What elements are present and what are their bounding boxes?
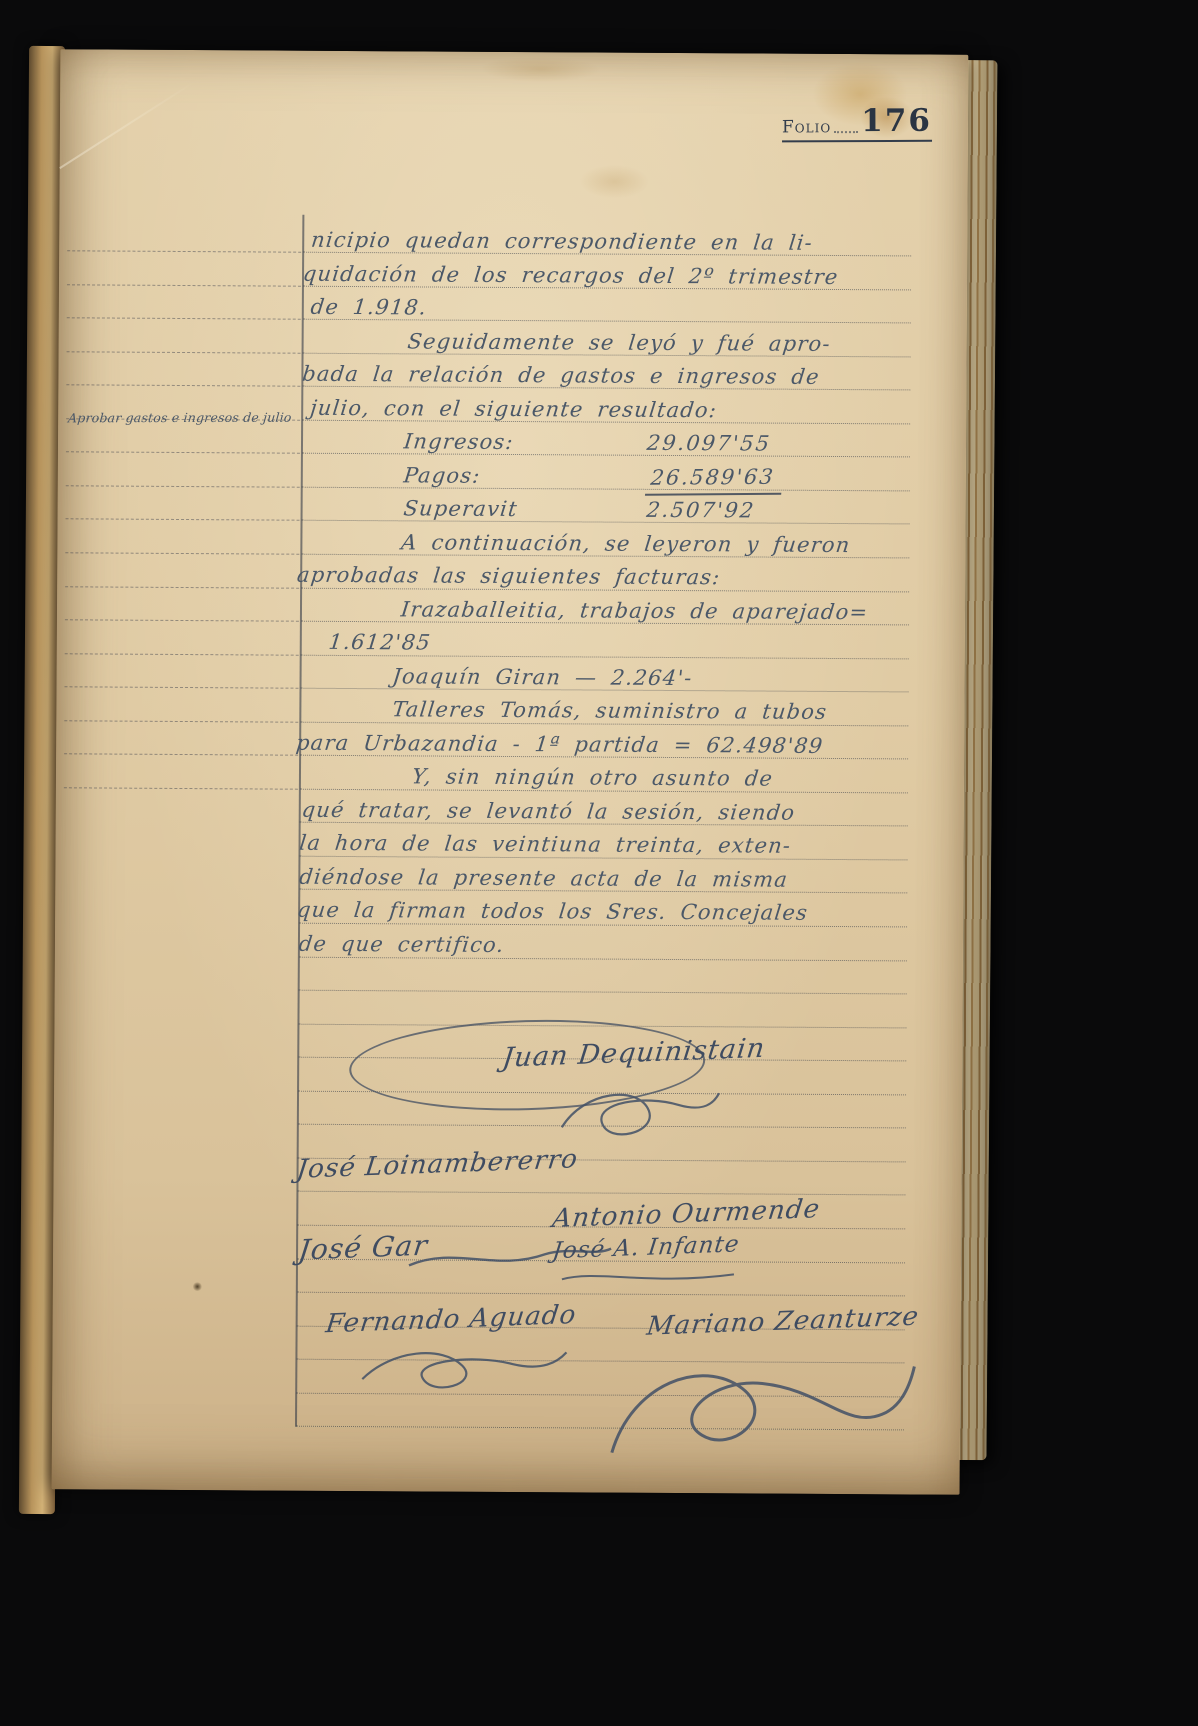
ledger-line-pagos: Pagos: 26.589'63 bbox=[300, 460, 919, 494]
manuscript-line: A continuación, se leyeron y fueron bbox=[400, 527, 1019, 561]
margin-rule-line bbox=[64, 720, 298, 722]
pagos-label: Pagos: bbox=[402, 463, 482, 487]
manuscript-line: aprobadas las siguientes facturas: bbox=[296, 560, 915, 594]
manuscript-line: qué tratar, se levantó la sesión, siendo bbox=[300, 795, 919, 829]
margin-rule-line bbox=[66, 485, 300, 487]
ledger-line-ingresos: Ingresos: 29.097'55 bbox=[300, 426, 919, 460]
margin-rule-line bbox=[67, 284, 301, 286]
folio-dotted-line bbox=[834, 127, 858, 133]
margin-rule-line bbox=[67, 351, 301, 353]
signature: José Gar bbox=[297, 1229, 430, 1267]
rule-line bbox=[296, 1426, 904, 1431]
superavit-label: Superavit bbox=[402, 496, 519, 521]
margin-note: Aprobar gastos e ingresos de julio bbox=[68, 410, 305, 426]
manuscript-line: julio, con el siguiente resultado: bbox=[309, 393, 928, 427]
manuscript-line: diéndose la presente acta de la misma bbox=[298, 862, 917, 896]
margin-rule-line bbox=[65, 686, 299, 688]
manuscript-line: Seguidamente se leyó y fué apro- bbox=[406, 326, 1025, 360]
manuscript-line: Y, sin ningún otro asunto de bbox=[410, 761, 1029, 795]
manuscript-line: de que certifico. bbox=[297, 929, 916, 963]
manuscript-line: Joaquín Giran — 2.264'- bbox=[391, 661, 1010, 695]
margin-rule-line bbox=[66, 452, 300, 454]
margin-rule-line bbox=[64, 787, 298, 789]
superavit-amount: 2.507'92 bbox=[645, 495, 757, 526]
margin-rule-line bbox=[66, 519, 300, 521]
margin-rule-line bbox=[66, 384, 300, 386]
stain bbox=[580, 164, 650, 198]
ledger-photo: Folio 176 Aprobar gastos e ingresos de j… bbox=[0, 0, 1198, 1726]
rule-line bbox=[297, 1292, 905, 1297]
manuscript-line: de 1.918. bbox=[309, 292, 928, 326]
margin-rule-line bbox=[67, 317, 301, 319]
manuscript-line: bada la relación de gastos e ingresos de bbox=[301, 359, 920, 393]
rule-line bbox=[296, 1392, 904, 1397]
stain bbox=[193, 1282, 202, 1291]
manuscript-page: Folio 176 Aprobar gastos e ingresos de j… bbox=[52, 49, 969, 1495]
manuscript-line: para Urbazandia - 1ª partida = 62.498'89 bbox=[295, 728, 914, 762]
ledger-line-superavit: Superavit 2.507'92 bbox=[300, 493, 919, 527]
folio-number-stamp: 176 bbox=[861, 108, 932, 136]
margin-rules bbox=[64, 250, 302, 831]
pagos-amount: 26.589'63 bbox=[645, 462, 784, 496]
rule-line bbox=[298, 1124, 906, 1129]
manuscript-line: Talleres Tomás, suministro a tubos bbox=[391, 694, 1010, 728]
ingresos-amount: 29.097'55 bbox=[645, 428, 772, 459]
paper-crease bbox=[59, 81, 195, 169]
margin-rule-line bbox=[65, 619, 299, 621]
manuscript-line: nicipio quedan correspondiente en la li- bbox=[310, 225, 929, 259]
margin-rule-line bbox=[67, 250, 301, 252]
margin-rule-line bbox=[65, 552, 299, 554]
margin-rule-line bbox=[64, 754, 298, 756]
manuscript-line: la hora de las veintiuna treinta, exten- bbox=[298, 828, 917, 862]
folio-label: Folio bbox=[782, 119, 831, 136]
margin-rule-line bbox=[65, 653, 299, 655]
manuscript-line: 1.612'85 bbox=[327, 627, 946, 661]
rule-line bbox=[299, 990, 907, 995]
rule-line bbox=[296, 1359, 904, 1364]
manuscript-line: Irazaballeitia, trabajos de aparejado= bbox=[399, 594, 1018, 628]
ingresos-label: Ingresos: bbox=[403, 429, 515, 454]
folio-header: Folio 176 bbox=[782, 108, 932, 143]
manuscript-line: quidación de los recargos del 2º trimest… bbox=[301, 259, 920, 293]
margin-rule-line bbox=[65, 586, 299, 588]
manuscript-line: que la firman todos los Sres. Concejales bbox=[295, 895, 914, 929]
stain bbox=[480, 56, 600, 83]
